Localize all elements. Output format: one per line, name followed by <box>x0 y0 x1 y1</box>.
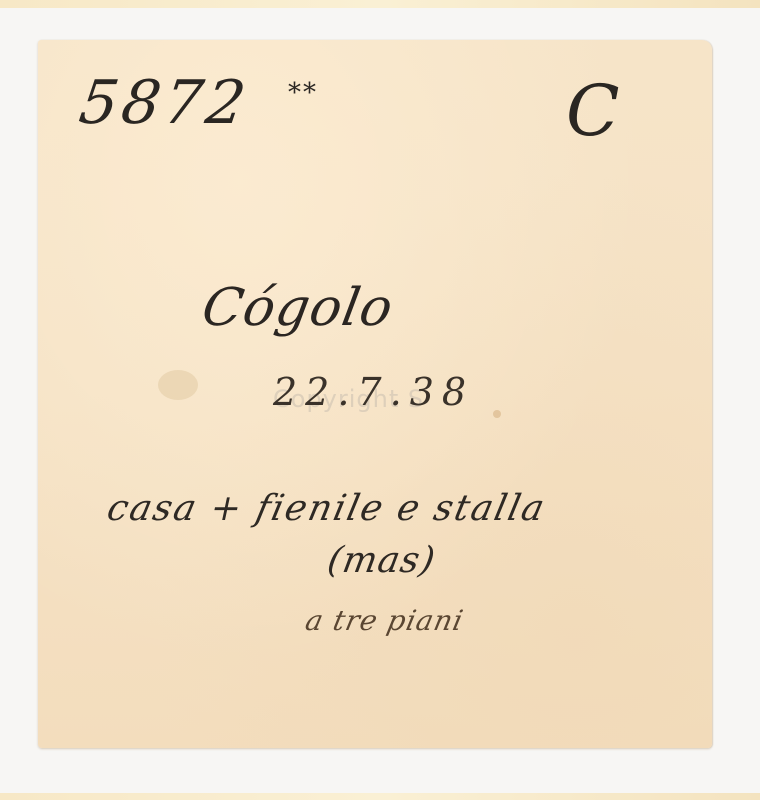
date: 22.7.38 <box>273 370 474 414</box>
catalog-number: 5872 <box>75 68 254 138</box>
archive-card: 5872 ** C Cógolo Copyright S 22.7.38 cas… <box>38 40 712 748</box>
bottom-edge-strip <box>0 793 760 800</box>
place-name: Cógolo <box>198 278 398 338</box>
top-edge-strip <box>0 0 760 8</box>
catalog-marks: ** <box>288 78 318 108</box>
description-line-3: a tre piani <box>302 604 466 637</box>
description-line-1: casa + fienile e stalla <box>104 488 550 529</box>
paper-spot <box>493 410 501 418</box>
series-letter: C <box>566 70 621 152</box>
paper-stain <box>158 370 198 400</box>
description-line-2: (mas) <box>324 540 438 581</box>
